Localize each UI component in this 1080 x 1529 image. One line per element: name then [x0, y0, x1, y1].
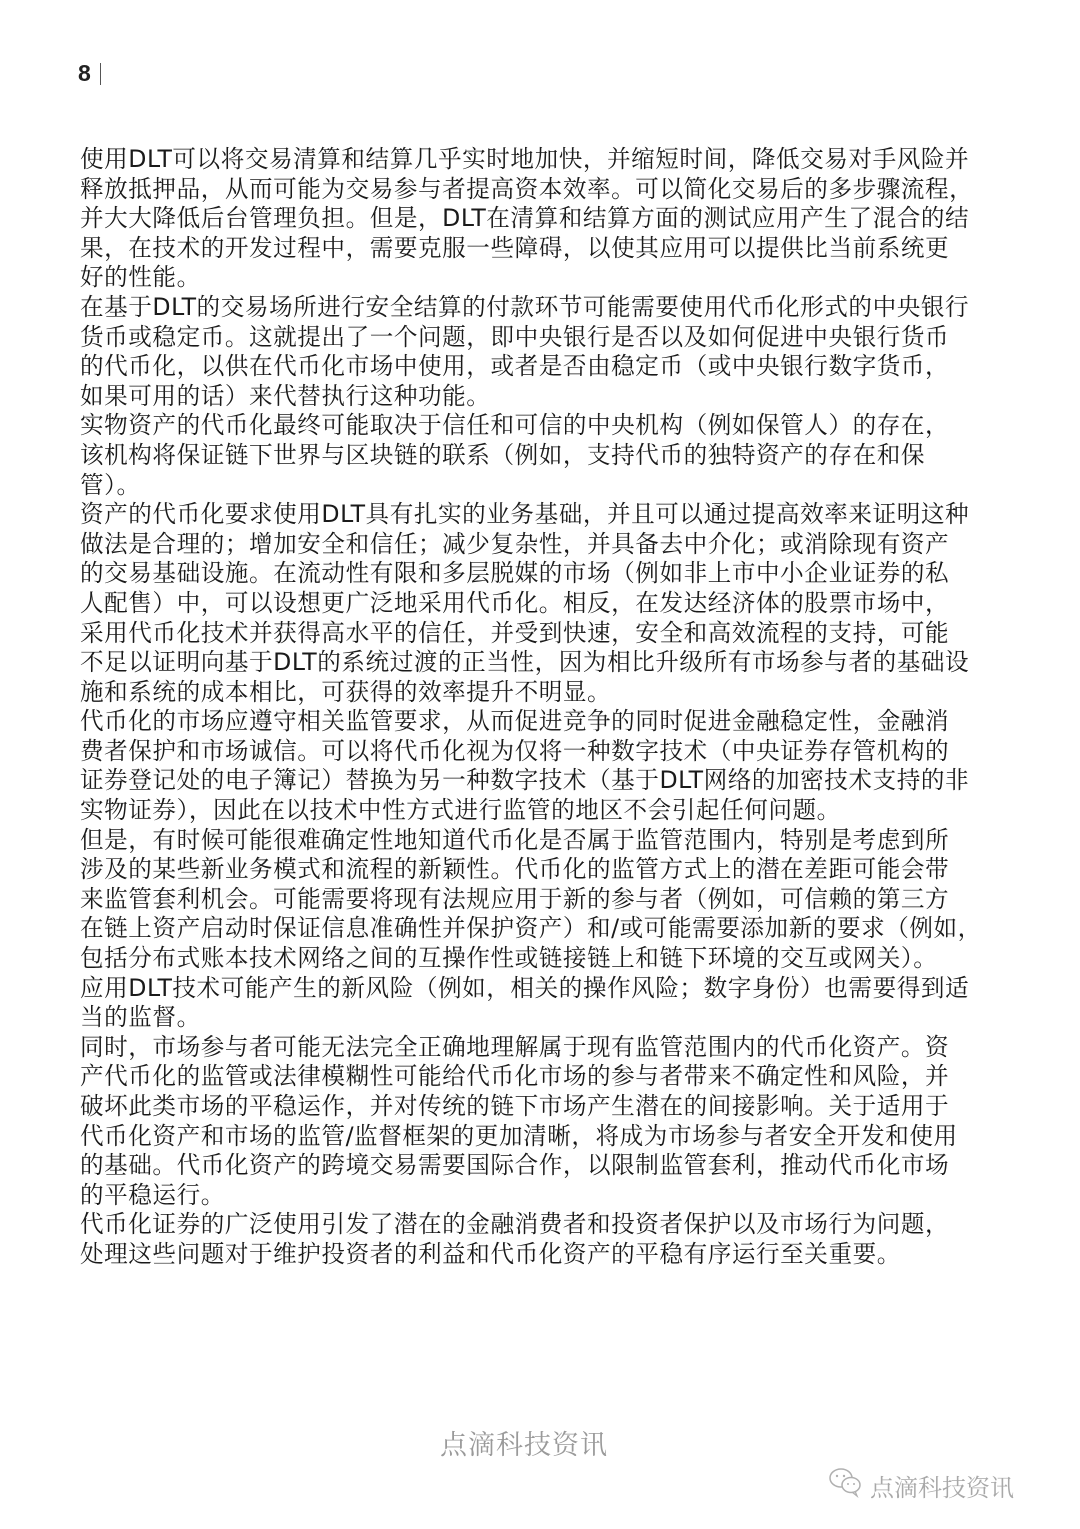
page-header: 8 [78, 60, 101, 87]
wechat-icon [828, 1466, 870, 1504]
paragraph: 但是，有时候可能很难确定性地知道代币化是否属于监管范围内，特别是考虑到所 涉及的… [80, 826, 1015, 974]
text-line: 如果可用的话）来代替执行这种功能。 [80, 382, 1015, 412]
paragraph: 实物资产的代币化最终可能取决于信任和可信的中央机构（例如保管人）的存在， 该机构… [80, 411, 1015, 500]
header-divider [100, 63, 101, 85]
paragraph: 使用DLT可以将交易清算和结算几乎实时地加快，并缩短时间，降低交易对手风险并 释… [80, 145, 1015, 293]
text-line: 资产的代币化要求使用DLT具有扎实的业务基础，并且可以通过提高效率来证明这种 [80, 500, 1015, 530]
text-line: 包括分布式账本技术网络之间的互操作性或链接链上和链下环境的交互或网关）。 [80, 944, 1015, 974]
text-line: 的基础。代币化资产的跨境交易需要国际合作，以限制监管套利，推动代币化市场 [80, 1151, 1015, 1181]
text-line: 证券登记处的电子簿记）替换为另一种数字技术（基于DLT网络的加密技术支持的非 [80, 766, 1015, 796]
text-line: 费者保护和市场诚信。可以将代币化视为仅将一种数字技术（中央证券存管机构的 [80, 737, 1015, 767]
paragraph: 在基于DLT的交易场所进行安全结算的付款环节可能需要使用代币化形式的中央银行 货… [80, 293, 1015, 411]
text-line: 该机构将保证链下世界与区块链的联系（例如，支持代币的独特资产的存在和保 [80, 441, 1015, 471]
text-line: 破坏此类市场的平稳运作，并对传统的链下市场产生潜在的间接影响。关于适用于 [80, 1092, 1015, 1122]
text-line: 涉及的某些新业务模式和流程的新颖性。代币化的监管方式上的潜在差距可能会带 [80, 855, 1015, 885]
paragraph: 应用DLT技术可能产生的新风险（例如，相关的操作风险；数字身份）也需要得到适 当… [80, 974, 1015, 1033]
text-line: 实物资产的代币化最终可能取决于信任和可信的中央机构（例如保管人）的存在， [80, 411, 1015, 441]
text-line: 的代币化，以供在代币化市场中使用，或者是否由稳定币（或中央银行数字货币， [80, 352, 1015, 382]
text-line: 人配售）中，可以设想更广泛地采用代币化。相反，在发达经济体的股票市场中， [80, 589, 1015, 619]
text-line: 不足以证明向基于DLT的系统过渡的正当性，因为相比升级所有市场参与者的基础设 [80, 648, 1015, 678]
text-line: 来监管套利机会。可能需要将现有法规应用于新的参与者（例如，可信赖的第三方 [80, 885, 1015, 915]
text-line: 但是，有时候可能很难确定性地知道代币化是否属于监管范围内，特别是考虑到所 [80, 826, 1015, 856]
paragraph: 资产的代币化要求使用DLT具有扎实的业务基础，并且可以通过提高效率来证明这种 做… [80, 500, 1015, 707]
text-line: 采用代币化技术并获得高水平的信任，并受到快速，安全和高效流程的支持，可能 [80, 619, 1015, 649]
wechat-account-watermark: 点滴科技资讯 [828, 1466, 1014, 1504]
text-line: 果，在技术的开发过程中，需要克服一些障碍，以使其应用可以提供比当前系统更 [80, 234, 1015, 264]
text-line: 在链上资产启动时保证信息准确性并保护资产）和/或可能需要添加新的要求（例如， [80, 914, 1015, 944]
text-line: 当的监督。 [80, 1003, 1015, 1033]
text-line: 好的性能。 [80, 263, 1015, 293]
text-line: 代币化的市场应遵守相关监管要求，从而促进竞争的同时促进金融稳定性，金融消 [80, 707, 1015, 737]
text-line: 同时，市场参与者可能无法完全正确地理解属于现有监管范围内的代币化资产。资 [80, 1033, 1015, 1063]
text-line: 施和系统的成本相比，可获得的效率提升不明显。 [80, 678, 1015, 708]
text-line: 货币或稳定币。这就提出了一个问题，即中央银行是否以及如何促进中央银行货币 [80, 323, 1015, 353]
text-line: 管）。 [80, 471, 1015, 501]
text-line: 在基于DLT的交易场所进行安全结算的付款环节可能需要使用代币化形式的中央银行 [80, 293, 1015, 323]
footer-brand-watermark: 点滴科技资讯 [440, 1423, 608, 1462]
page-number: 8 [78, 60, 91, 87]
text-line: 释放抵押品，从而可能为交易参与者提高资本效率。可以简化交易后的多步骤流程， [80, 175, 1015, 205]
text-line: 使用DLT可以将交易清算和结算几乎实时地加快，并缩短时间，降低交易对手风险并 [80, 145, 1015, 175]
text-line: 的平稳运行。 [80, 1181, 1015, 1211]
document-body: 使用DLT可以将交易清算和结算几乎实时地加快，并缩短时间，降低交易对手风险并 释… [80, 145, 1015, 1270]
text-line: 产代币化的监管或法律模糊性可能给代币化市场的参与者带来不确定性和风险，并 [80, 1062, 1015, 1092]
text-line: 代币化资产和市场的监管/监督框架的更加清晰，将成为市场参与者安全开发和使用 [80, 1122, 1015, 1152]
wechat-account-name: 点滴科技资讯 [870, 1468, 1014, 1503]
text-line: 做法是合理的；增加安全和信任；减少复杂性，并具备去中介化；或消除现有资产 [80, 530, 1015, 560]
text-line: 处理这些问题对于维护投资者的利益和代币化资产的平稳有序运行至关重要。 [80, 1240, 1015, 1270]
text-line: 的交易基础设施。在流动性有限和多层脱媒的市场（例如非上市中小企业证券的私 [80, 559, 1015, 589]
text-line: 实物证券），因此在以技术中性方式进行监管的地区不会引起任何问题。 [80, 796, 1015, 826]
paragraph: 同时，市场参与者可能无法完全正确地理解属于现有监管范围内的代币化资产。资 产代币… [80, 1033, 1015, 1211]
paragraph: 代币化的市场应遵守相关监管要求，从而促进竞争的同时促进金融稳定性，金融消 费者保… [80, 707, 1015, 825]
text-line: 并大大降低后台管理负担。但是，DLT在清算和结算方面的测试应用产生了混合的结 [80, 204, 1015, 234]
text-line: 代币化证券的广泛使用引发了潜在的金融消费者和投资者保护以及市场行为问题， [80, 1210, 1015, 1240]
text-line: 应用DLT技术可能产生的新风险（例如，相关的操作风险；数字身份）也需要得到适 [80, 974, 1015, 1004]
paragraph: 代币化证券的广泛使用引发了潜在的金融消费者和投资者保护以及市场行为问题， 处理这… [80, 1210, 1015, 1269]
